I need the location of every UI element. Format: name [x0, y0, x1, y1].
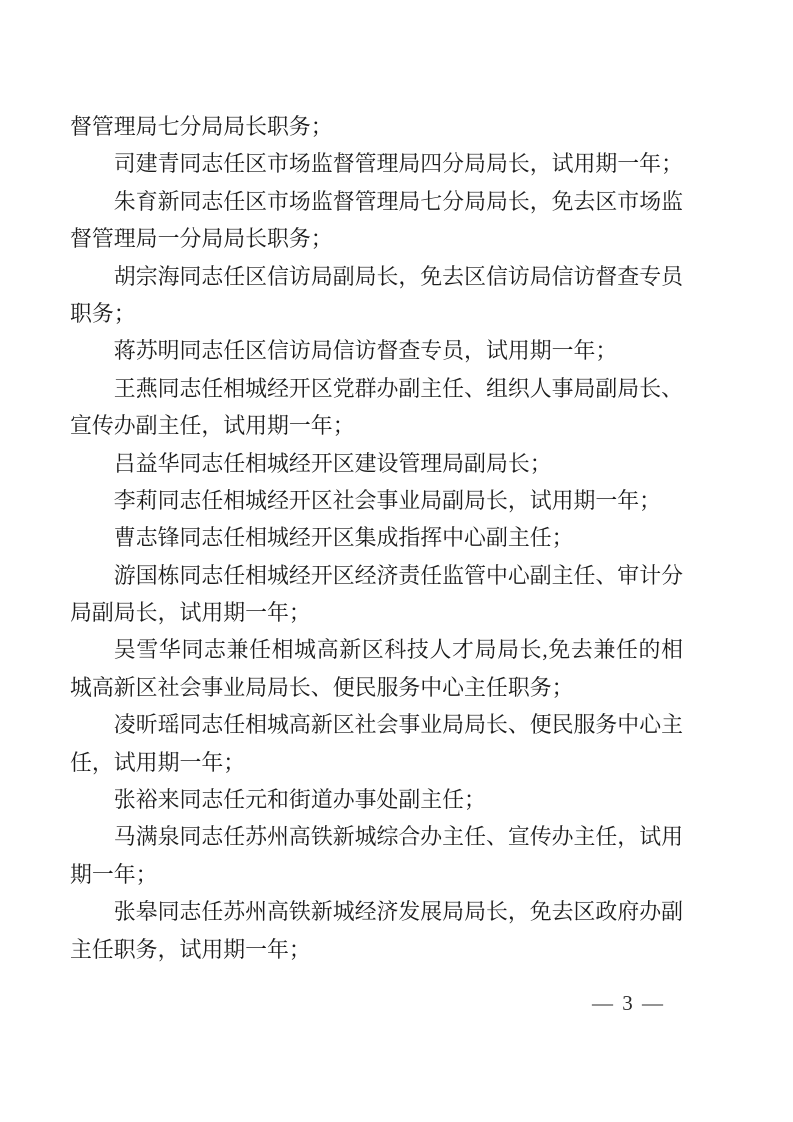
text-line: 王燕同志任相城经开区党群办副主任、组织人事局副局长、 — [70, 370, 683, 407]
text-line: 曹志锋同志任相城经开区集成指挥中心副主任； — [70, 519, 683, 556]
text-line: 张皋同志任苏州高铁新城经济发展局局长，免去区政府办副 — [70, 893, 683, 930]
text-line: 吕益华同志任相城经开区建设管理局副局长； — [70, 445, 683, 482]
text-line: 城高新区社会事业局局长、便民服务中心主任职务； — [70, 669, 683, 706]
text-line: 局副局长，试用期一年； — [70, 594, 683, 631]
text-line: 职务； — [70, 295, 683, 332]
text-line: 马满泉同志任苏州高铁新城综合办主任、宣传办主任，试用 — [70, 818, 683, 855]
text-line: 李莉同志任相城经开区社会事业局副局长，试用期一年； — [70, 482, 683, 519]
text-line: 任，试用期一年； — [70, 744, 683, 781]
text-line: 游国栋同志任相城经开区经济责任监管中心副主任、审计分 — [70, 557, 683, 594]
text-line: 张裕来同志任元和街道办事处副主任； — [70, 781, 683, 818]
text-line: 蒋苏明同志任区信访局信访督查专员，试用期一年； — [70, 332, 683, 369]
text-line: 吴雪华同志兼任相城高新区科技人才局局长,免去兼任的相 — [70, 631, 683, 668]
text-line: 期一年； — [70, 856, 683, 893]
page-number: — 3 — — [70, 985, 665, 1022]
text-line: 宣传办副主任，试用期一年； — [70, 407, 683, 444]
text-line: 凌昕瑶同志任相城高新区社会事业局局长、便民服务中心主 — [70, 706, 683, 743]
document-text: 督管理局七分局局长职务；司建青同志任区市场监督管理局四分局局长，试用期一年；朱育… — [70, 108, 683, 968]
document-page: 督管理局七分局局长职务；司建青同志任区市场监督管理局四分局局长，试用期一年；朱育… — [0, 0, 793, 1122]
text-line: 朱育新同志任区市场监督管理局七分局局长，免去区市场监 — [70, 183, 683, 220]
text-line: 胡宗海同志任区信访局副局长，免去区信访局信访督查专员 — [70, 258, 683, 295]
text-line: 司建青同志任区市场监督管理局四分局局长，试用期一年； — [70, 145, 683, 182]
text-line: 督管理局一分局局长职务； — [70, 220, 683, 257]
text-line: 主任职务，试用期一年； — [70, 931, 683, 968]
text-line: 督管理局七分局局长职务； — [70, 108, 683, 145]
